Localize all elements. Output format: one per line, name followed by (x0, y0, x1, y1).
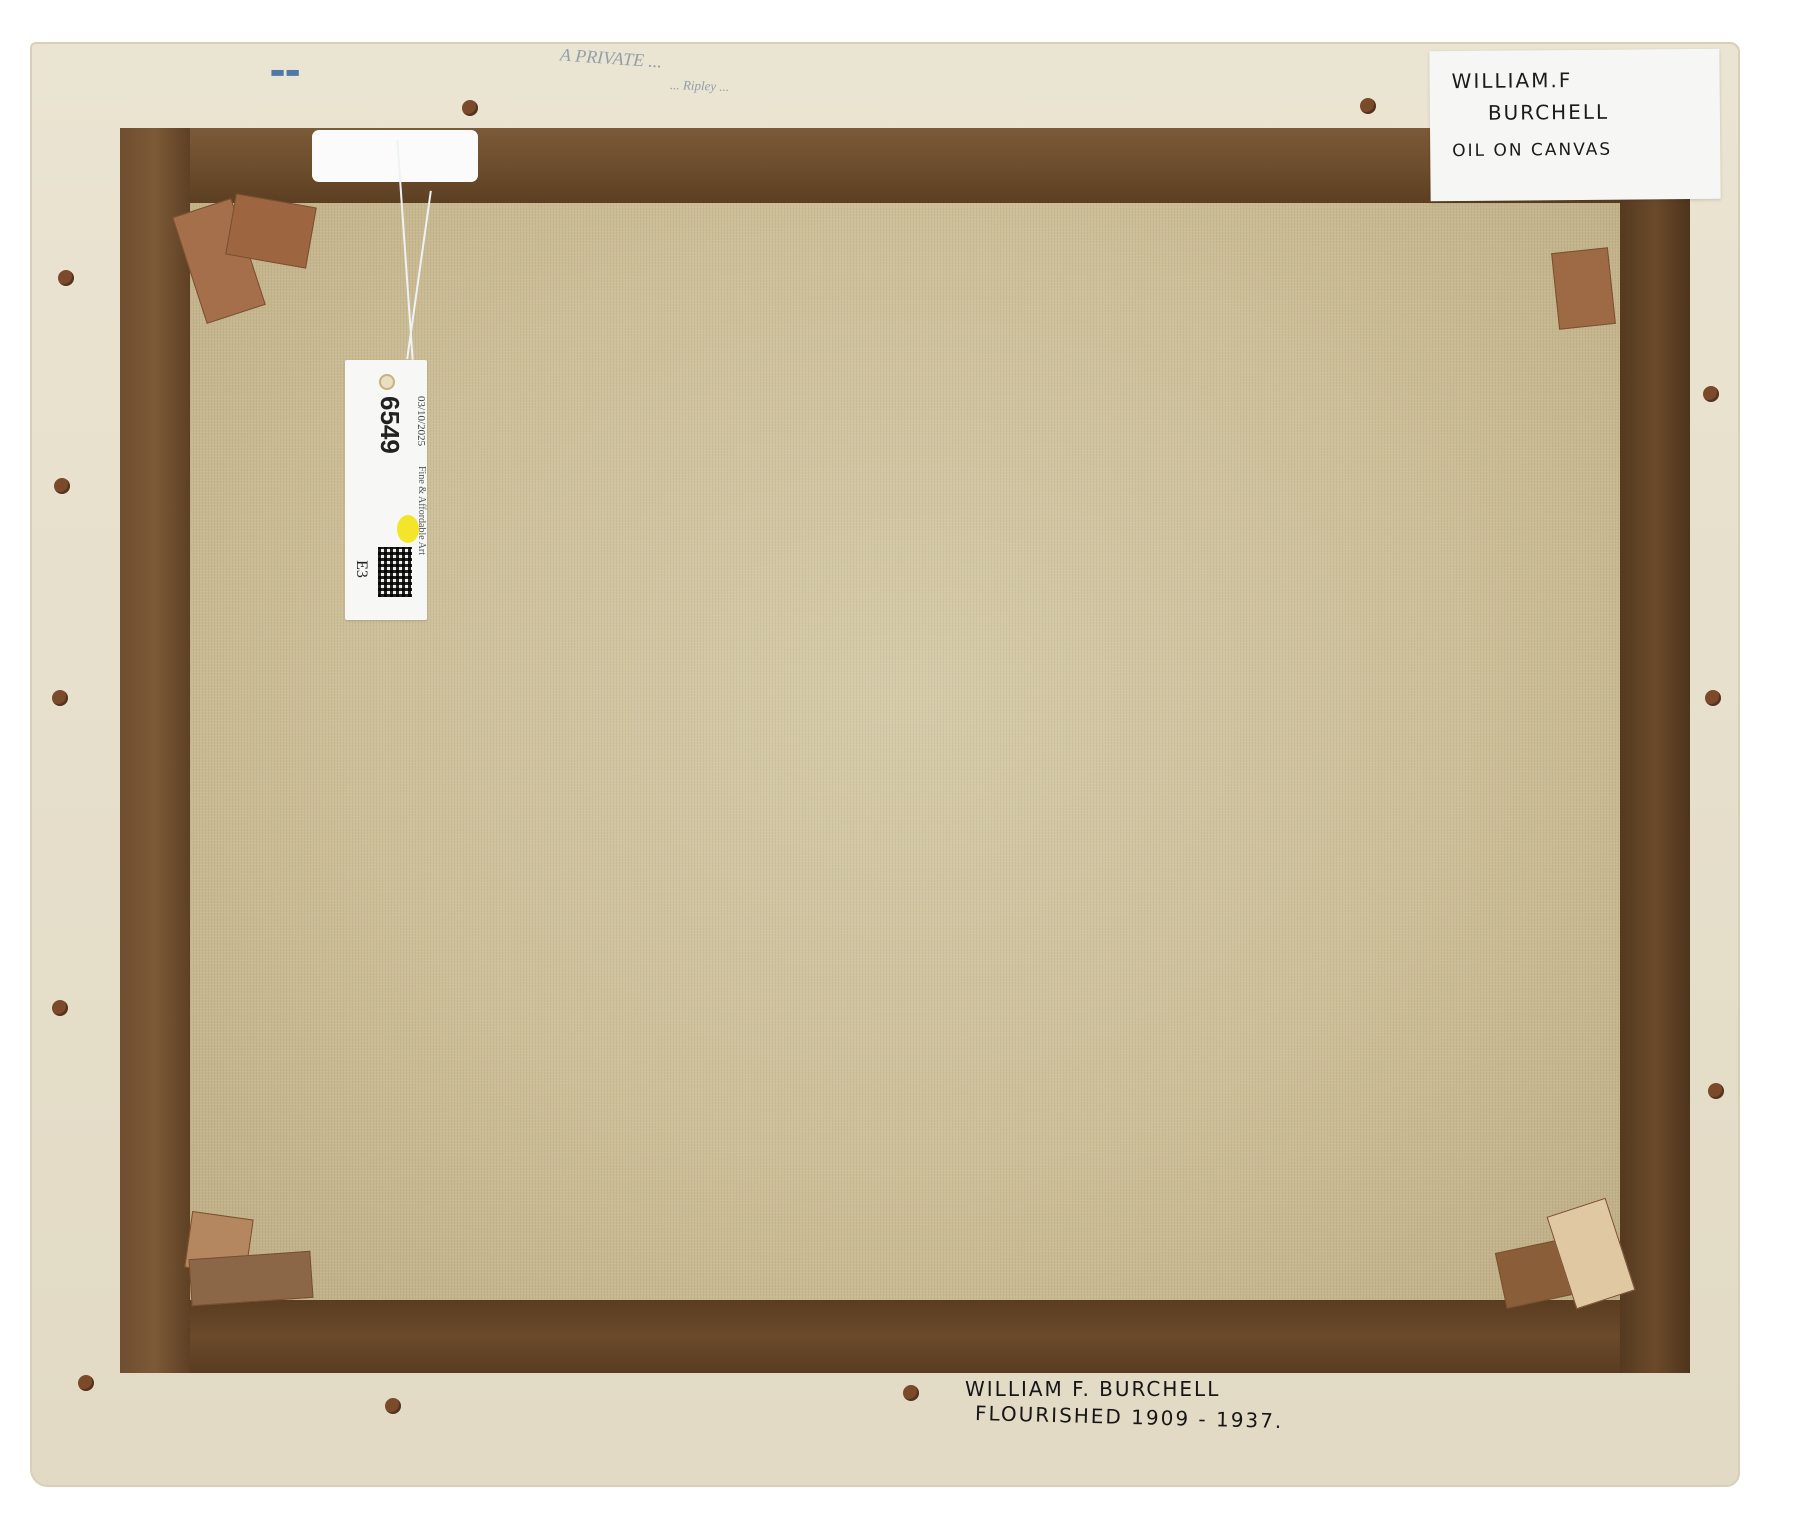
lot-number: 6549 (374, 396, 405, 454)
auction-house: Fine & Affordable Art (416, 466, 427, 555)
tack (1703, 386, 1719, 402)
tack (1360, 98, 1376, 114)
lot-date: 03/10/2025 (415, 396, 427, 446)
corner-key (1551, 247, 1616, 330)
yellow-dot-sticker (397, 515, 419, 543)
blue-ink-mark: ▬▬ (270, 62, 300, 81)
corner-key (189, 1251, 314, 1306)
tack (1705, 690, 1721, 706)
tack (462, 100, 478, 116)
note-artist-last: BURCHELL (1488, 100, 1609, 125)
tack (385, 1398, 401, 1414)
stretcher-bar-left (120, 128, 190, 1373)
qr-code (378, 547, 412, 597)
paper-note: WILLIAM.F BURCHELL OIL ON CANVAS (1429, 49, 1720, 202)
auction-logo: E3 (352, 560, 370, 578)
painting-back-photo: ▬▬ A PRIVATE ... ... Ripley ... 6549 03/… (0, 0, 1800, 1521)
stretcher-bar-right (1620, 128, 1690, 1373)
tack (903, 1385, 919, 1401)
blank-label (312, 130, 478, 182)
tack (52, 1000, 68, 1016)
pencil-inscription-line2: ... Ripley ... (670, 77, 730, 95)
tack (78, 1375, 94, 1391)
note-artist-first: WILLIAM.F (1452, 68, 1573, 93)
stretcher-bar-bottom (120, 1300, 1690, 1373)
tack (58, 270, 74, 286)
tack (1708, 1083, 1724, 1099)
inscription-artist: WILLIAM F. BURCHELL (965, 1377, 1220, 1401)
tack (52, 690, 68, 706)
note-medium: OIL ON CANVAS (1452, 140, 1612, 161)
tack (54, 478, 70, 494)
